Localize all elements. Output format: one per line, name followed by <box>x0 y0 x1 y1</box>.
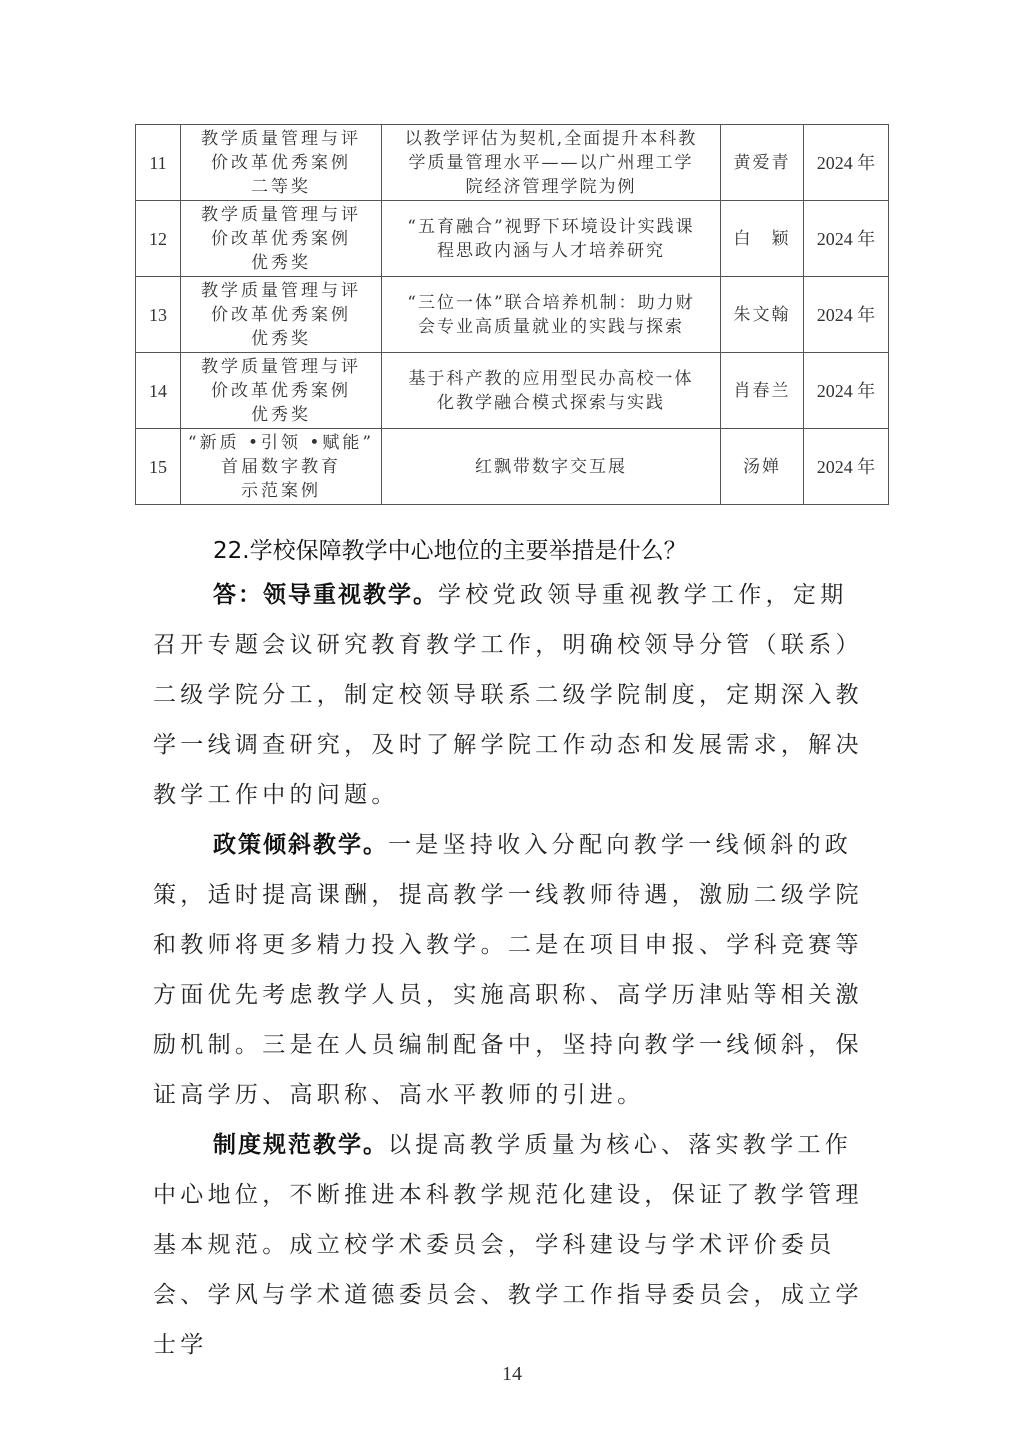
paragraph-lead: 政策倾斜教学。 <box>213 832 388 858</box>
cell-line: 程思政内涵与人才培养研究 <box>388 239 714 263</box>
cell-award: 教学质量管理与评价改革优秀案例二等奖 <box>181 125 382 201</box>
paragraph-body: 学校党政领导重视教学工作，定期召开专题会议研究教育教学工作，明确校领导分管（联系… <box>153 582 863 808</box>
cell-line: 红飘带数字交互展 <box>388 455 714 479</box>
cell-award: 教学质量管理与评价改革优秀案例优秀奖 <box>181 201 382 277</box>
cell-title: 基于科产教的应用型民办高校一体化教学融合模式探索与实践 <box>382 353 721 429</box>
table-row: 13教学质量管理与评价改革优秀案例优秀奖“三位一体”联合培养机制：助力财会专业高… <box>136 277 889 353</box>
cell-award: 教学质量管理与评价改革优秀案例优秀奖 <box>181 277 382 353</box>
cell-year: 2024 年 <box>804 429 889 505</box>
cell-line: 教学质量管理与评 <box>187 279 375 303</box>
cell-author: 肖春兰 <box>721 353 804 429</box>
cell-line: “新质 •引领 •赋能” <box>187 431 375 455</box>
cell-line: “三位一体”联合培养机制：助力财 <box>388 291 714 315</box>
cell-title: “三位一体”联合培养机制：助力财会专业高质量就业的实践与探索 <box>382 277 721 353</box>
question-heading: 22.学校保障教学中心地位的主要举措是什么？ <box>213 532 687 565</box>
cell-year: 2024 年 <box>804 125 889 201</box>
paragraph-policy: 政策倾斜教学。一是坚持收入分配向教学一线倾斜的政策，适时提高课酬，提高教学一线教… <box>153 820 873 1120</box>
cell-line: 教学质量管理与评 <box>187 203 375 227</box>
cell-year: 2024 年 <box>804 277 889 353</box>
cell-award: “新质 •引领 •赋能”首届数字教育示范案例 <box>181 429 382 505</box>
cell-line: “五育融合”视野下环境设计实践课 <box>388 215 714 239</box>
paragraph-body: 以提高教学质量为核心、落实教学工作中心地位，不断推进本科教学规范化建设，保证了教… <box>153 1132 863 1358</box>
cell-line: 二等奖 <box>187 175 375 199</box>
cell-line: 价改革优秀案例 <box>187 151 375 175</box>
paragraph-lead: 答：领导重视教学。 <box>213 582 438 608</box>
page-number: 14 <box>0 1363 1024 1386</box>
cell-year: 2024 年 <box>804 201 889 277</box>
cell-line: 以教学评估为契机,全面提升本科教 <box>388 127 714 151</box>
paragraph-leadership: 答：领导重视教学。学校党政领导重视教学工作，定期召开专题会议研究教育教学工作，明… <box>153 570 873 820</box>
cell-author: 白 颖 <box>721 201 804 277</box>
cell-number: 12 <box>136 201 181 277</box>
table-row: 11教学质量管理与评价改革优秀案例二等奖以教学评估为契机,全面提升本科教学质量管… <box>136 125 889 201</box>
cell-number: 14 <box>136 353 181 429</box>
cell-award: 教学质量管理与评价改革优秀案例优秀奖 <box>181 353 382 429</box>
cell-line: 院经济管理学院为例 <box>388 175 714 199</box>
paragraph-body: 一是坚持收入分配向教学一线倾斜的政策，适时提高课酬，提高教学一线教师待遇，激励二… <box>153 832 863 1108</box>
cell-line: 基于科产教的应用型民办高校一体 <box>388 367 714 391</box>
cell-title: 以教学评估为契机,全面提升本科教学质量管理水平——以广州理工学院经济管理学院为例 <box>382 125 721 201</box>
cell-author: 汤婵 <box>721 429 804 505</box>
cell-number: 13 <box>136 277 181 353</box>
awards-table: 11教学质量管理与评价改革优秀案例二等奖以教学评估为契机,全面提升本科教学质量管… <box>135 124 889 505</box>
cell-line: 教学质量管理与评 <box>187 127 375 151</box>
cell-line: 价改革优秀案例 <box>187 303 375 327</box>
cell-title: “五育融合”视野下环境设计实践课程思政内涵与人才培养研究 <box>382 201 721 277</box>
cell-title: 红飘带数字交互展 <box>382 429 721 505</box>
cell-number: 15 <box>136 429 181 505</box>
cell-line: 优秀奖 <box>187 327 375 351</box>
cell-line: 会专业高质量就业的实践与探索 <box>388 315 714 339</box>
cell-author: 黄爱青 <box>721 125 804 201</box>
cell-line: 教学质量管理与评 <box>187 355 375 379</box>
paragraph-lead: 制度规范教学。 <box>213 1132 388 1158</box>
cell-line: 价改革优秀案例 <box>187 227 375 251</box>
cell-line: 示范案例 <box>187 479 375 503</box>
cell-line: 化教学融合模式探索与实践 <box>388 391 714 415</box>
cell-author: 朱文翰 <box>721 277 804 353</box>
cell-line: 价改革优秀案例 <box>187 379 375 403</box>
cell-number: 11 <box>136 125 181 201</box>
cell-line: 优秀奖 <box>187 403 375 427</box>
paragraph-regulation: 制度规范教学。以提高教学质量为核心、落实教学工作中心地位，不断推进本科教学规范化… <box>153 1120 873 1370</box>
table-row: 15“新质 •引领 •赋能”首届数字教育示范案例红飘带数字交互展汤婵2024 年 <box>136 429 889 505</box>
table-row: 12教学质量管理与评价改革优秀案例优秀奖“五育融合”视野下环境设计实践课程思政内… <box>136 201 889 277</box>
cell-year: 2024 年 <box>804 353 889 429</box>
table-row: 14教学质量管理与评价改革优秀案例优秀奖基于科产教的应用型民办高校一体化教学融合… <box>136 353 889 429</box>
cell-line: 学质量管理水平——以广州理工学 <box>388 151 714 175</box>
cell-line: 优秀奖 <box>187 251 375 275</box>
cell-line: 首届数字教育 <box>187 455 375 479</box>
